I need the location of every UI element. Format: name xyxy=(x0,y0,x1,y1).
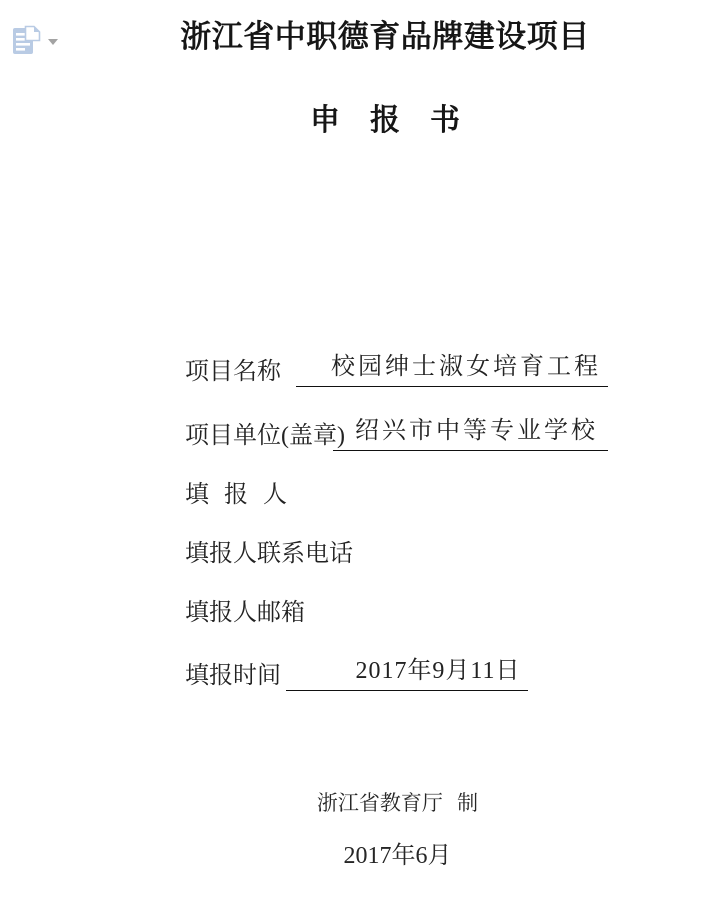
field-value-underlined[interactable]: 2017年9月11日 xyxy=(286,656,528,691)
field-label: 填 报 人 xyxy=(185,480,287,510)
field-filler-name: 填 报 人 xyxy=(185,480,287,510)
document-title: 浙江省中职德育品牌建设项目 xyxy=(47,19,723,55)
field-label: 填报人联系电话 xyxy=(185,539,353,569)
paste-options-icon xyxy=(12,25,41,56)
field-label: 项目单位(盖章) xyxy=(185,421,333,451)
field-label: 项目名称 xyxy=(185,357,296,387)
field-label: 填报时间 xyxy=(185,661,286,691)
field-project-unit: 项目单位(盖章) 绍兴市中等专业学校 xyxy=(185,416,608,451)
field-fill-date: 填报时间 2017年9月11日 xyxy=(185,656,528,691)
field-label: 填报人邮箱 xyxy=(185,598,305,628)
field-value-underlined[interactable]: 绍兴市中等专业学校 xyxy=(333,416,608,451)
field-value-underlined[interactable]: 校园绅士淑女培育工程 xyxy=(296,352,608,387)
footer-date: 2017年6月 xyxy=(72,843,723,870)
field-project-name: 项目名称 校园绅士淑女培育工程 xyxy=(185,352,608,387)
field-filler-phone: 填报人联系电话 xyxy=(185,539,353,569)
document-page[interactable]: { "icons": { "paste_options": "paste-opt… xyxy=(0,0,723,902)
document-footer: 浙江省教育厅 制 2017年6月 xyxy=(72,791,723,870)
document-subtitle: 申 报 书 xyxy=(47,103,723,139)
field-filler-email: 填报人邮箱 xyxy=(185,598,305,628)
footer-publisher: 浙江省教育厅 制 xyxy=(72,791,723,815)
